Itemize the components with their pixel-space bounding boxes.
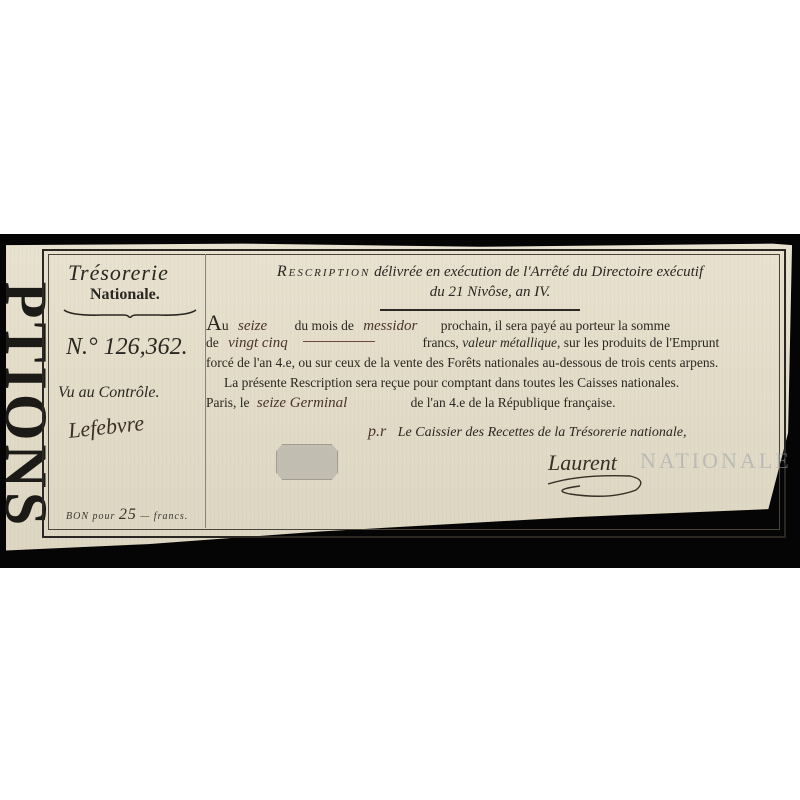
ink-stamp-text: NATIONALE: [640, 448, 792, 474]
heading-line1: délivrée en exécution de l'Arrêté du Dir…: [370, 264, 703, 280]
control-label: Vu au Contrôle.: [58, 384, 159, 402]
cashier-line: p.r Le Caissier des Recettes de la Tréso…: [368, 423, 687, 441]
text: prochain, il sera payé au porteur la som…: [441, 318, 670, 333]
text: , sur les produits de l'Emprunt: [557, 335, 719, 350]
bon-line: BON pour 25 — francs.: [66, 506, 188, 524]
body-line-2: de vingt cinq francs, valeur métallique,…: [206, 333, 771, 353]
text: du mois de: [295, 318, 354, 333]
embossed-stamp: [276, 444, 338, 480]
bon-unit: — francs.: [140, 511, 188, 522]
amount-line: [303, 341, 375, 342]
pp-mark: p.r: [368, 423, 386, 440]
treasury-title: Trésorerie: [68, 260, 169, 286]
body-line-4: La présente Rescription sera reçue pour …: [206, 373, 771, 393]
handwritten-day: seize: [238, 318, 267, 334]
drop-letter: A: [206, 310, 222, 335]
cashier-title: Le Caissier des Recettes de la Trésoreri…: [398, 425, 687, 440]
text: de: [206, 335, 219, 350]
bon-amount: 25: [119, 506, 137, 523]
body-line-1: Au seize du mois de messidor prochain, i…: [206, 313, 771, 333]
treasury-subtitle: Nationale.: [90, 286, 160, 304]
signature-flourish-icon: [540, 470, 650, 500]
brace-ornament-icon: [62, 308, 198, 318]
document-heading: Rescription délivrée en exécution de l'A…: [220, 262, 760, 302]
bon-label: BON pour: [66, 511, 115, 522]
heading-rule: [380, 309, 580, 311]
body-line-5: Paris, le seize Germinal de l'an 4.e de …: [206, 393, 771, 413]
handwritten-date: seize Germinal: [257, 395, 347, 411]
text-italic: valeur métallique: [462, 335, 557, 350]
handwritten-month: messidor: [363, 318, 417, 334]
heading-line2: du 21 Nivôse, an IV.: [220, 282, 760, 302]
text: francs,: [422, 335, 458, 350]
heading-title: Rescription: [277, 263, 371, 280]
body-line-3: forcé de l'an 4.e, ou sur ceux de la ven…: [206, 353, 771, 373]
text: u: [222, 318, 229, 333]
handwritten-amount: vingt cinq: [228, 335, 288, 351]
document-body: Au seize du mois de messidor prochain, i…: [206, 313, 771, 413]
text: Paris, le: [206, 395, 250, 410]
text: de l'an 4.e de la République française.: [411, 395, 616, 410]
serial-number: N.° 126,362.: [66, 334, 188, 361]
